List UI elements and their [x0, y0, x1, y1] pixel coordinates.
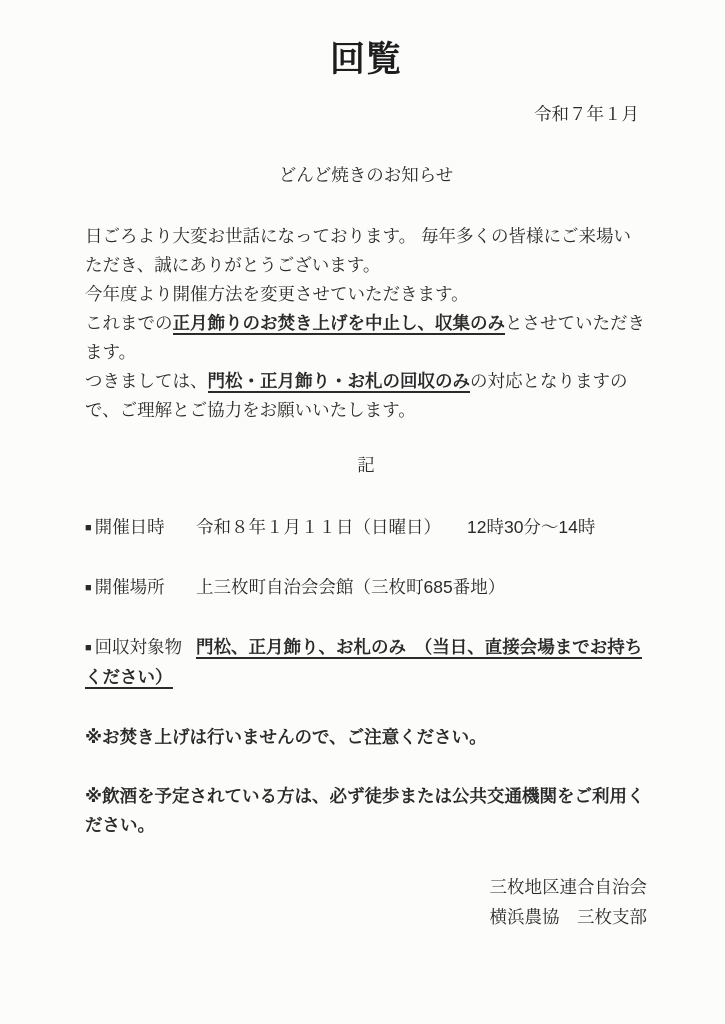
detail-label-box: ■開催日時: [85, 513, 196, 543]
detail-label-box: ■回収対象物: [85, 633, 196, 663]
detail-label: 開催場所: [95, 577, 165, 597]
detail-row-datetime: ■開催日時令和８年１月１１日（日曜日）12時30分～14時: [85, 513, 647, 543]
emphasized-text: 門松・正月飾り・お札の回収のみ: [208, 371, 471, 393]
detail-row-collected-items: ■回収対象物門松、正月飾り、お札のみ （当日、直接会場までお持ちください）: [85, 633, 647, 692]
circulation-title: 回覧: [85, 40, 647, 80]
page-content: 回覧 令和７年１月 どんど焼きのお知らせ 日ごろより大変お世話になっております。…: [0, 40, 725, 932]
text-run: これまでの: [85, 313, 173, 333]
event-date: 令和８年１月１１日（日曜日）: [196, 517, 441, 537]
signature-association: 三枚地区連合自治会: [85, 872, 647, 902]
emphasized-text: 正月飾りのお焚き上げを中止し、収集のみ: [173, 313, 506, 335]
issue-date: 令和７年１月: [85, 102, 647, 127]
method-change-paragraph: 今年度より開催方法を変更させていただきます。: [85, 280, 647, 309]
signature-branch: 横浜農協 三枚支部: [85, 902, 647, 932]
text-run: 今年度より開催方法を変更させていただきます。: [85, 284, 469, 304]
body-paragraphs: 日ごろより大変お世話になっております。 毎年多くの皆様にご来場いただき、誠にあり…: [85, 222, 647, 425]
text-run: つきましては、: [85, 371, 208, 391]
document-subject: どんど焼きのお知らせ: [85, 163, 647, 188]
signature-block: 三枚地区連合自治会 横浜農協 三枚支部: [85, 872, 647, 932]
text-run: 日ごろより大変お世話になっております。 毎年多くの皆様にご来場いただき、誠にあり…: [85, 226, 631, 275]
note-no-burning: ※お焚き上げは行いませんので、ご注意ください。: [85, 723, 647, 752]
greeting-paragraph: 日ごろより大変お世話になっております。 毎年多くの皆様にご来場いただき、誠にあり…: [85, 222, 647, 280]
detail-row-venue: ■開催場所上三枚町自治会会館（三枚町685番地）: [85, 573, 647, 603]
square-bullet-icon: ■: [85, 642, 92, 654]
event-venue: 上三枚町自治会会館（三枚町685番地）: [196, 577, 505, 597]
square-bullet-icon: ■: [85, 522, 92, 534]
record-marker: 記: [85, 453, 647, 477]
event-time: 12時30分～14時: [467, 517, 595, 537]
cancellation-paragraph: これまでの正月飾りのお焚き上げを中止し、収集のみとさせていただきます。: [85, 309, 647, 367]
detail-label-box: ■開催場所: [85, 573, 196, 603]
collection-paragraph: つきましては、門松・正月飾り・お札の回収のみの対応となりますので、ご理解とご協力…: [85, 367, 647, 425]
scanned-notice-page: 回覧 令和７年１月 どんど焼きのお知らせ 日ごろより大変お世話になっております。…: [0, 0, 725, 1024]
detail-label: 回収対象物: [95, 637, 183, 657]
detail-label: 開催日時: [95, 517, 165, 537]
note-transportation: ※飲酒を予定されている方は、必ず徒歩または公共交通機関をご利用ください。: [85, 782, 647, 840]
square-bullet-icon: ■: [85, 582, 92, 594]
